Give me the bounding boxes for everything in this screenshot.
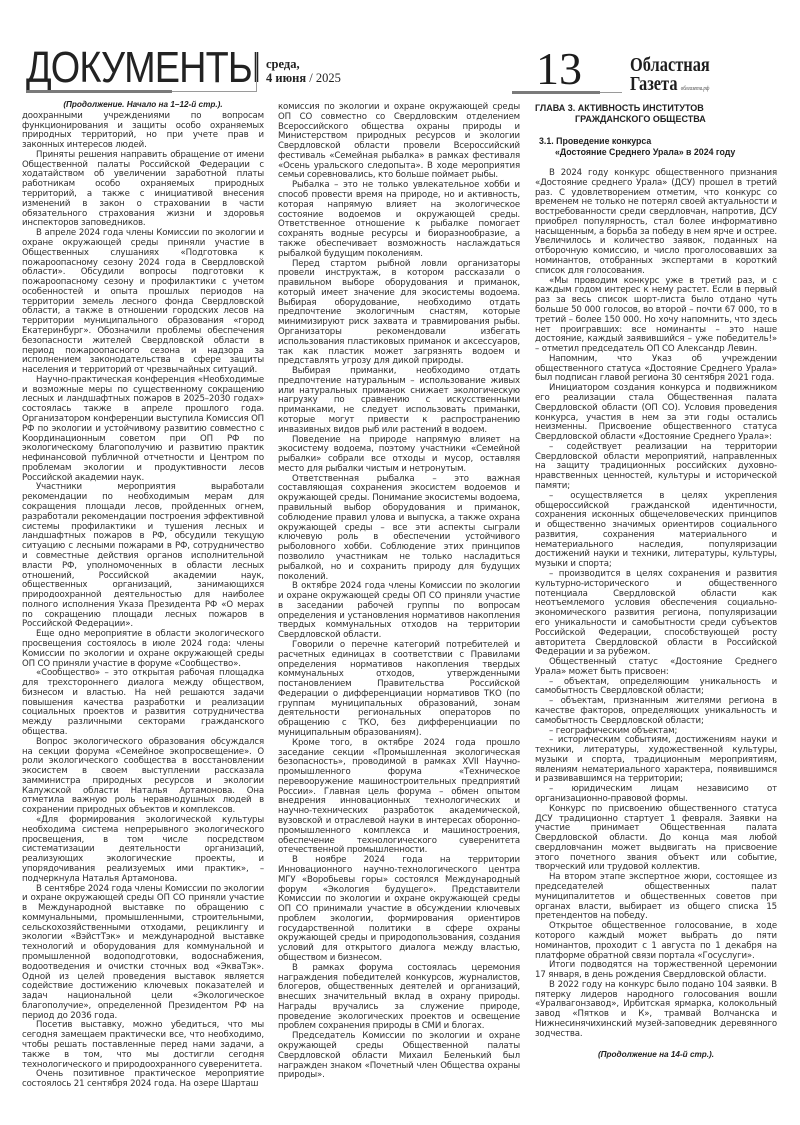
paragraph: доохранными учреждениями по вопросам фун… [22, 112, 264, 151]
issue-date: среда, 4 июня / 2025 [266, 57, 341, 85]
paragraph: Еще одно мероприятие в области экологиче… [22, 630, 264, 669]
paragraph: Посетив выставку, можно убедиться, что м… [22, 1021, 264, 1070]
title-thin-rule [172, 91, 256, 92]
newspaper-logo: Областная Газетаоблгазета.рф [630, 56, 727, 99]
paragraph: Очень позитивное практическое мероприяти… [22, 1070, 264, 1090]
paragraph: Выбирая приманки, необходимо отдать пред… [278, 367, 520, 435]
paragraph: Рыбалка – это не только увлекательное хо… [278, 181, 520, 259]
paragraph: В сентябре 2024 года члены Комиссии по э… [22, 885, 264, 1022]
issue-day: 4 июня [266, 71, 306, 85]
paragraph: Конкурс по присвоению общественного стат… [535, 805, 777, 873]
paragraph: Поведение на природе напрямую влияет на … [278, 436, 520, 475]
paragraph: Общественный статус «Достояние Среднего … [535, 658, 777, 678]
issue-year: / 2025 [306, 71, 341, 85]
paragraph: Председатель Комиссии по экологии и охра… [278, 1032, 520, 1081]
paragraph: В октябре 2024 года члены Комиссии по эк… [278, 582, 520, 641]
paragraph: Приняты решения направить обращение от и… [22, 151, 264, 229]
list-item: – производится в целях сохранения и разв… [535, 570, 777, 658]
paragraph: Научно-практическая конференция «Необход… [22, 376, 264, 484]
chapter-heading-line-1: ГЛАВА 3. АКТИВНОСТЬ ИНСТИТУТОВ [535, 103, 704, 113]
continuation-note: (Продолжение. Начало на 1–12-й стр.). [22, 100, 264, 110]
issue-weekday: среда, [266, 57, 341, 71]
paragraph: В 2024 году конкурс общественного призна… [535, 169, 777, 277]
page-number-thin-rule [600, 92, 622, 93]
paragraph: Инициатором создания конкурса и подвижни… [535, 384, 777, 443]
logo-domain: облгазета.рф [681, 86, 710, 92]
title-underline-rule [26, 90, 172, 93]
paragraph: На втором этапе экспертное жюри, состоящ… [535, 873, 777, 922]
paragraph: комиссия по экологии и охране окружающей… [278, 103, 520, 181]
logo-line-2: Газетаоблгазета.рф [630, 75, 710, 99]
paragraph: Вопрос экологического образования обсужд… [22, 738, 264, 816]
paragraph: В апреле 2024 года члены Комиссии по эко… [22, 229, 264, 376]
paragraph: Кроме того, в октябре 2024 года прошло з… [278, 739, 520, 856]
article-column-1: (Продолжение. Начало на 1–12-й стр.). до… [22, 100, 264, 1090]
list-item: – юридическим лицам независимо от органи… [535, 785, 777, 805]
article-column-3: ГЛАВА 3. АКТИВНОСТЬ ИНСТИТУТОВ ГРАЖДАНСК… [535, 103, 777, 1059]
page-number: 13 [536, 46, 582, 92]
paragraph: Говорили о перечне категорий потребителе… [278, 641, 520, 739]
page-number-rule [512, 91, 600, 94]
issue-date-line: 4 июня / 2025 [266, 71, 341, 85]
paragraph: В ноябре 2024 года на территории Инновац… [278, 856, 520, 964]
section-title: ДОКУМЕНТЫ [26, 46, 261, 90]
list-item: – содействует реализации на территории С… [535, 443, 777, 492]
article-column-2: комиссия по экологии и охране окружающей… [278, 103, 520, 1081]
paragraph: В 2022 году на конкурс было подано 104 з… [535, 981, 777, 1040]
masthead: ДОКУМЕНТЫ среда, 4 июня / 2025 13 Област… [0, 0, 800, 96]
list-item: – осуществляется в целях укрепления обще… [535, 492, 777, 570]
logo-line-2-text: Газета [630, 73, 678, 95]
section-heading-line-2: «Достояние Среднего Урала» в 2024 году [539, 147, 777, 158]
paragraph: «Для формирования экологической культуры… [22, 816, 264, 884]
list-item: – объектам, определяющим уникальность и … [535, 678, 777, 698]
paragraph: Участники мероприятия выработали рекомен… [22, 483, 264, 630]
paragraph: В рамках форума состоялась церемония наг… [278, 964, 520, 1032]
paragraph: Итоги подводятся на торжественной церемо… [535, 961, 777, 981]
paragraph: «Мы проводим конкурс уже в третий раз, и… [535, 277, 777, 355]
paragraph: Напомним, что Указ об учреждении обществ… [535, 355, 777, 384]
paragraph: Перед стартом рыбной ловли организаторы … [278, 260, 520, 368]
chapter-heading: ГЛАВА 3. АКТИВНОСТЬ ИНСТИТУТОВ ГРАЖДАНСК… [535, 103, 777, 124]
list-item: – объектам, признанным жителями региона … [535, 697, 777, 726]
masthead-separator [256, 52, 257, 92]
list-item: – историческим событиям, достижениям нау… [535, 736, 777, 785]
chapter-heading-line-2: ГРАЖДАНСКОГО ОБЩЕСТВА [535, 114, 777, 125]
continuation-next-page: (Продолжение на 14-й стр.). [535, 1050, 777, 1060]
paragraph: Ответственная рыбалка – это важная соста… [278, 475, 520, 583]
paragraph: «Сообщество» – это открытая рабочая площ… [22, 669, 264, 737]
section-heading-line-1: 3.1. Проведение конкурса [539, 136, 651, 146]
section-heading: 3.1. Проведение конкурса «Достояние Сред… [535, 136, 777, 157]
paragraph: Открытое общественное голосование, в ход… [535, 922, 777, 961]
